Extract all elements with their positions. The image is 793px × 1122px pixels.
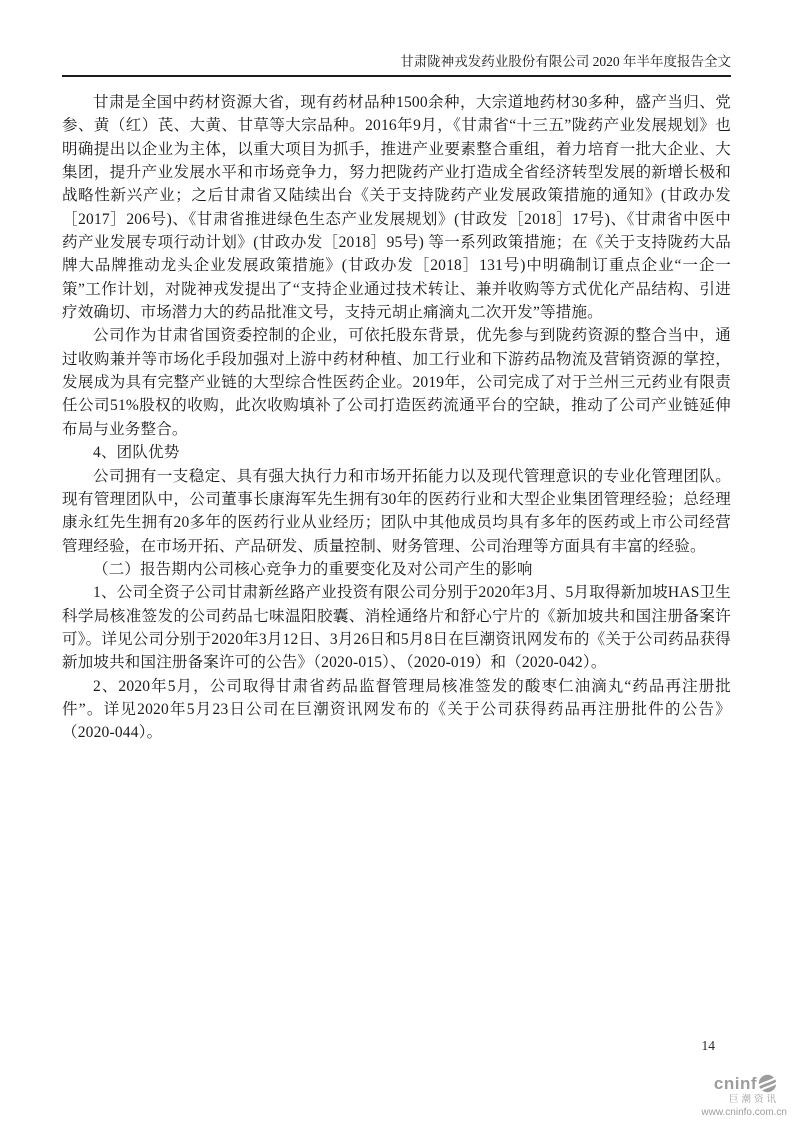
report-header-title: 甘肃陇神戎发药业股份有限公司 2020 年半年度报告全文 [400, 53, 731, 71]
header-divider [62, 75, 731, 77]
paragraph: 甘肃是全国中药材资源大省，现有药材品种1500余种，大宗道地药材30多种，盛产当… [62, 91, 731, 324]
cninfo-brand-row: cninf [677, 1074, 787, 1093]
cninfo-brand-text: cninf [714, 1075, 757, 1092]
paragraph: 公司拥有一支稳定、具有强大执行力和市场开拓能力以及现代管理意识的专业化管理团队。… [62, 465, 731, 558]
page-number: 14 [702, 1038, 716, 1054]
subsection-heading: 4、团队优势 [62, 441, 731, 464]
paragraph: 2、2020年5月，公司取得甘肃省药品监督管理局核准签发的酸枣仁油滴丸“药品再注… [62, 675, 731, 745]
cninfo-swirl-icon [758, 1074, 777, 1093]
cninfo-chinese-name: 巨潮资讯 [677, 1095, 787, 1105]
report-page: 甘肃陇神戎发药业股份有限公司 2020 年半年度报告全文 甘肃是全国中药材资源大… [0, 0, 793, 1122]
cninfo-website-url: www.cninfo.com.cn [677, 1108, 787, 1118]
paragraph: 1、公司全资子公司甘肃新丝路产业投资有限公司分别于2020年3月、5月取得新加坡… [62, 581, 731, 674]
paragraph: 公司作为甘肃省国资委控制的企业，可依托股东背景，优先参与到陇药资源的整合当中，通… [62, 324, 731, 441]
document-body: 甘肃是全国中药材资源大省，现有药材品种1500余种，大宗道地药材30多种，盛产当… [62, 91, 731, 745]
section-heading: （二）报告期内公司核心竞争力的重要变化及对公司产生的影响 [62, 558, 731, 581]
cninfo-logo: cninf 巨潮资讯 www.cninfo.com.cn [677, 1074, 787, 1118]
